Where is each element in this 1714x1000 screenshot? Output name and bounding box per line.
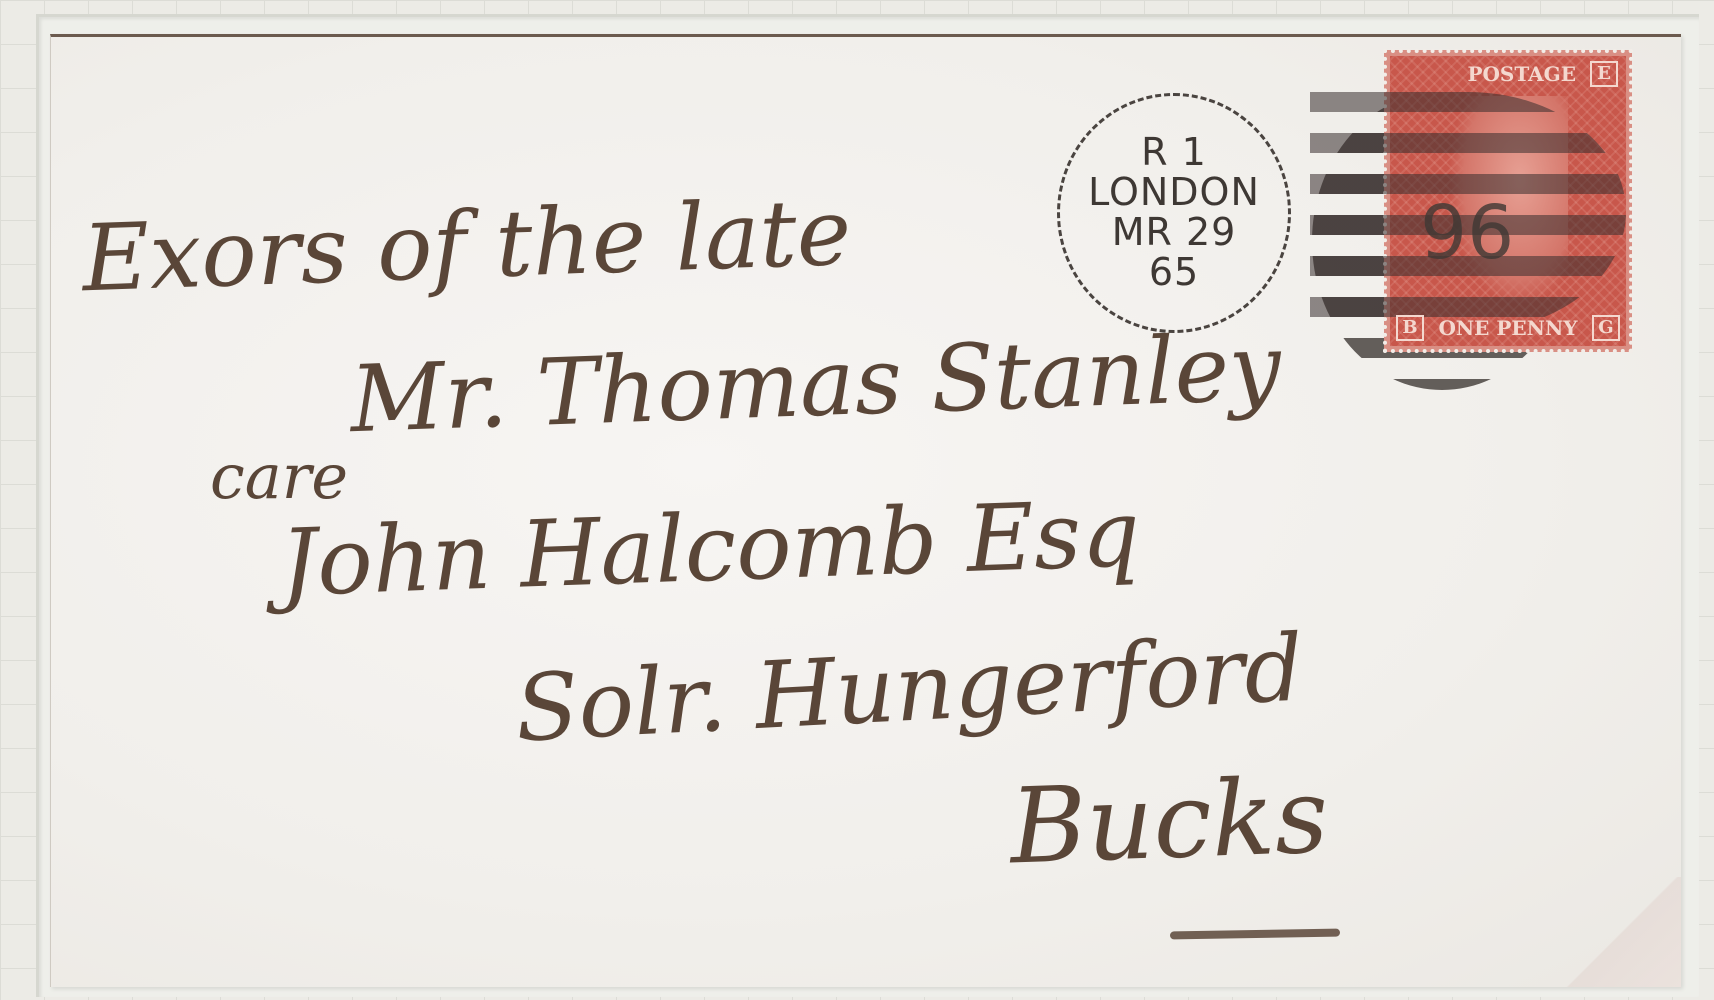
stamp-bottom-label: B ONE PENNY G	[1390, 314, 1626, 342]
address-line-3: care	[210, 440, 348, 513]
cancel-number: 96	[1420, 190, 1514, 276]
postmark-line-3: MR 29	[1112, 213, 1237, 253]
postmark-line-4: 65	[1149, 253, 1199, 293]
london-postmark: R 1 LONDON MR 29 65	[1057, 93, 1291, 333]
stamp-value-text: ONE PENNY	[1438, 316, 1577, 340]
address-line-6: Bucks	[1008, 754, 1330, 887]
stamp-postage-text: POSTAGE	[1467, 62, 1576, 86]
stamp-corner-top-right: E	[1590, 61, 1618, 87]
stamp-corner-bottom-left: B	[1396, 315, 1424, 341]
stamp-top-label: POSTAGE E	[1390, 60, 1626, 88]
stamp-corner-bottom-right: G	[1592, 315, 1620, 341]
postmark-line-1: R 1	[1141, 133, 1207, 173]
postmark-line-2: LONDON	[1088, 173, 1260, 213]
